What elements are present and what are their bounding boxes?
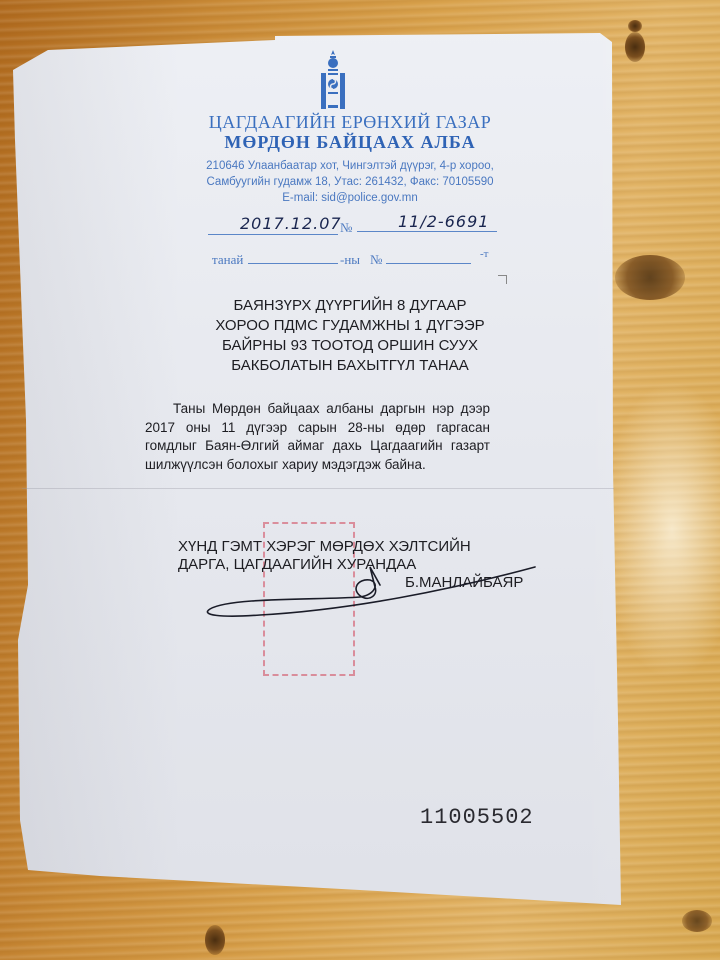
t-suffix: -т (480, 248, 488, 260)
handwritten-reference-number: 11/2-6691 (398, 212, 489, 231)
body-paragraph: Таны Мөрдөн байцаах албаны даргын нэр дэ… (145, 400, 490, 474)
your-label: танай (212, 252, 243, 268)
wood-knot (682, 910, 712, 932)
address-line: Самбуугийн гудамж 18, Утас: 261432, Факс… (190, 174, 510, 190)
number-label: № (340, 220, 352, 236)
handwritten-date: 2017.12.07 (240, 214, 342, 233)
department-name: МӨРДӨН БАЙЦААХ АЛБА (200, 132, 500, 153)
recipient-block: БАЯНЗҮРХ ДҮҮРГИЙН 8 ДУГААР ХОРОО ПДМС ГУ… (190, 296, 510, 376)
organization-name: ЦАГДААГИЙН ЕРӨНХИЙ ГАЗАР (200, 112, 500, 133)
address-line: 210646 Улаанбаатар хот, Чингэлтэй дүүрэг… (190, 158, 510, 174)
your-date-underline (248, 263, 338, 264)
serial-number: 11005502 (420, 805, 534, 830)
wood-knot (205, 925, 225, 955)
ny-label: -ны (340, 252, 360, 268)
wood-knot (625, 32, 645, 62)
date-underline (208, 234, 338, 235)
your-number-label: № (370, 252, 382, 268)
paper-fold-line (22, 488, 614, 489)
wood-knot (615, 255, 685, 300)
email-line: E-mail: sid@police.gov.mn (190, 190, 510, 206)
letterhead-address: 210646 Улаанбаатар хот, Чингэлтэй дүүрэг… (190, 158, 510, 206)
letter-body: Таны Мөрдөн байцаах албаны даргын нэр дэ… (145, 400, 490, 474)
wood-highlight (600, 380, 720, 680)
recipient-line: БАЯНЗҮРХ ДҮҮРГИЙН 8 ДУГААР (190, 296, 510, 316)
recipient-line: ХОРОО ПДМС ГУДАМЖНЫ 1 ДҮГЭЭР (190, 316, 510, 336)
soyombo-emblem-icon (320, 50, 346, 112)
address-corner-mark (498, 275, 507, 284)
number-underline (357, 231, 497, 232)
recipient-line: БАКБОЛАТЫН БАХЫТГҮЛ ТАНАА (190, 356, 510, 376)
handwritten-signature (200, 545, 540, 625)
your-number-underline (386, 263, 471, 264)
wood-knot (628, 20, 642, 32)
recipient-line: БАЙРНЫ 93 ТООТОД ОРШИН СУУХ (190, 336, 510, 356)
